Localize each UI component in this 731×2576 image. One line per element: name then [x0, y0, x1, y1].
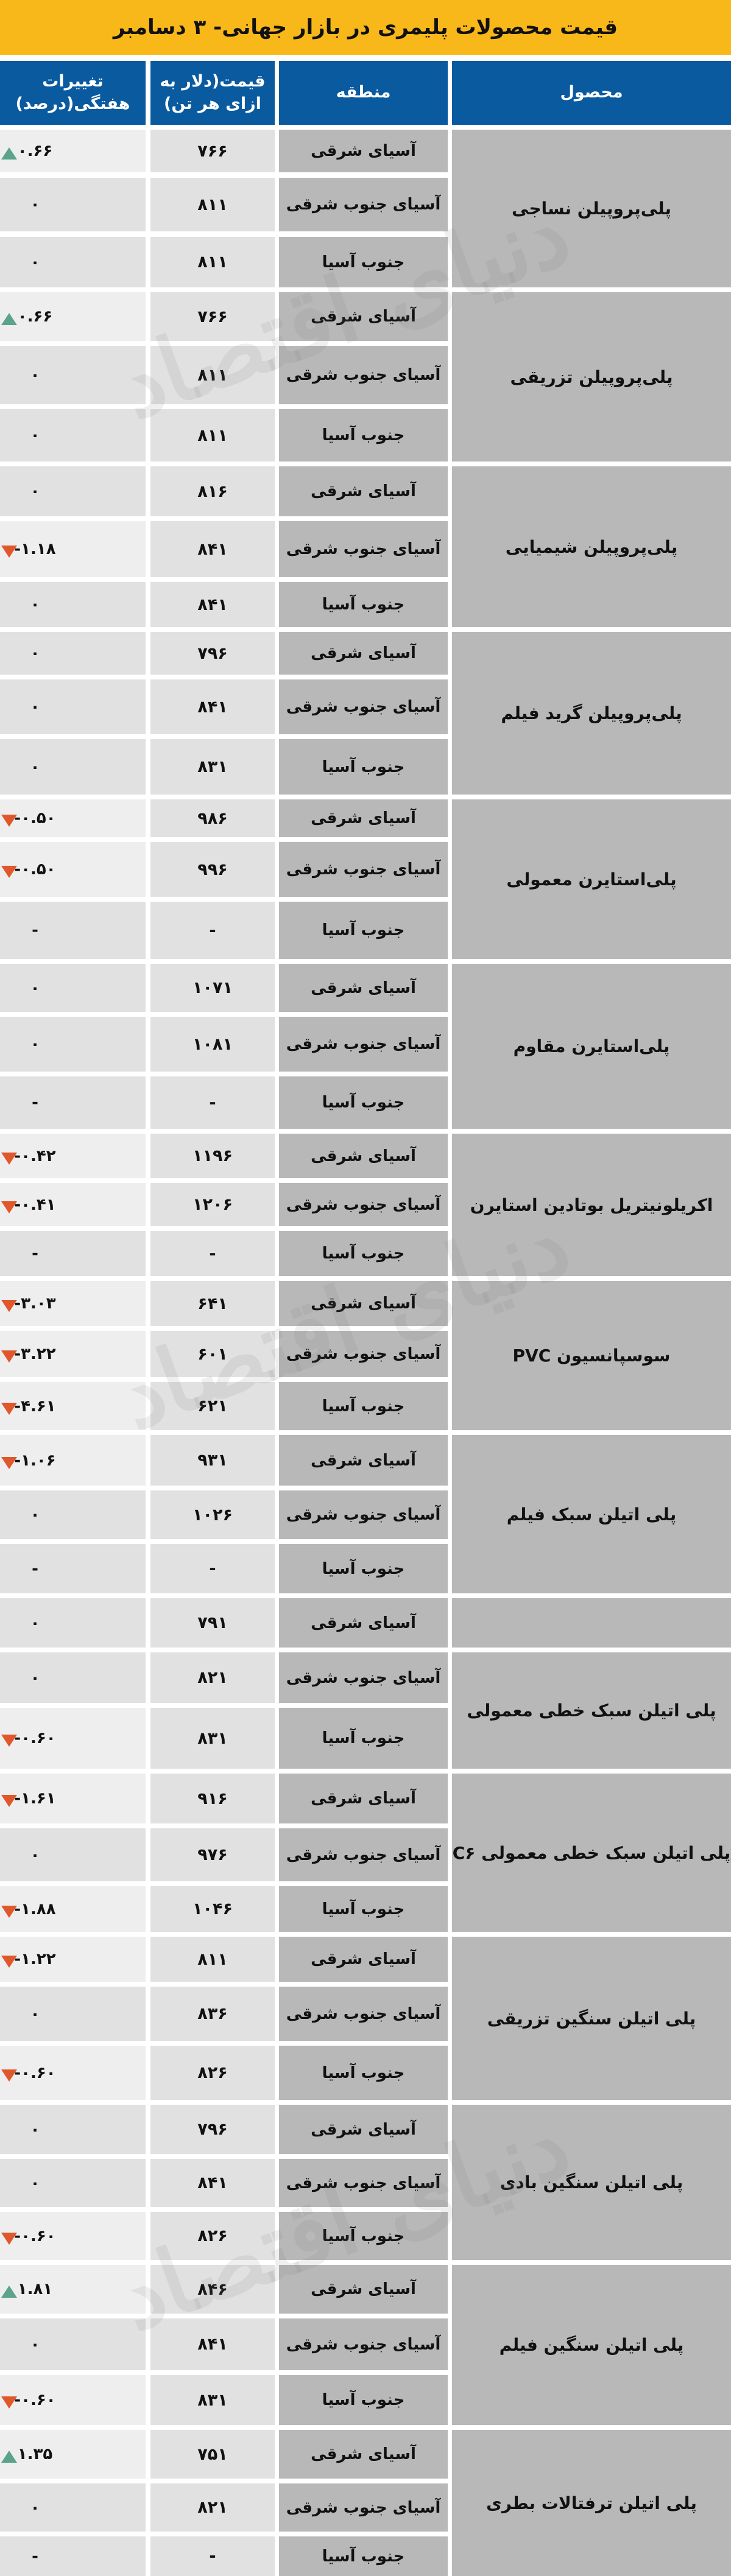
- change-value: -: [0, 2547, 70, 2566]
- region-cell: آسیای شرقی: [279, 130, 448, 172]
- product-cell: پلی اتیلن سنگین تزریقی: [452, 1937, 731, 2100]
- change-value: ۰: [0, 698, 70, 716]
- region-cell: جنوب آسیا: [279, 1544, 448, 1593]
- price-cell: ۸۴۱: [150, 2318, 275, 2370]
- triangle-down-icon: [1, 1457, 17, 1469]
- product-cell: اکریلونیتریل بوتادین استایرن: [452, 1134, 731, 1276]
- change-cell: -۰.۴۲: [0, 1134, 146, 1178]
- change-cell: -۰.۶۰: [0, 2046, 146, 2100]
- product-cell: پلی اتیلن سبک فیلم: [452, 1435, 731, 1593]
- region-cell: جنوب آسیا: [279, 1382, 448, 1430]
- price-cell: ۸۲۱: [150, 1652, 275, 1703]
- triangle-down-icon: [1, 1735, 17, 1747]
- price-cell: ۹۹۶: [150, 842, 275, 897]
- change-value: ۰: [0, 253, 70, 272]
- price-cell: ۱۰۲۶: [150, 1490, 275, 1539]
- change-cell: ۰: [0, 1490, 146, 1539]
- change-value: ۰: [0, 1669, 70, 1687]
- price-cell: ۶۲۱: [150, 1382, 275, 1430]
- change-cell: -۱.۶۱: [0, 1774, 146, 1823]
- change-cell: ۰.۶۶: [0, 292, 146, 341]
- change-cell: -: [0, 902, 146, 959]
- price-cell: ۱۲۰۶: [150, 1183, 275, 1226]
- region-cell: آسیای جنوب شرقی: [279, 346, 448, 404]
- region-cell: آسیای جنوب شرقی: [279, 2159, 448, 2207]
- region-cell: آسیای شرقی: [279, 1937, 448, 1982]
- region-cell: آسیای جنوب شرقی: [279, 1828, 448, 1881]
- price-cell: ۶۰۱: [150, 1331, 275, 1377]
- price-cell: ۸۱۶: [150, 466, 275, 516]
- region-cell: جنوب آسیا: [279, 237, 448, 287]
- change-cell: -۰.۴۱: [0, 1183, 146, 1226]
- change-value: ۰: [0, 2336, 70, 2354]
- triangle-down-icon: [1, 546, 17, 558]
- change-value: ۰: [0, 1035, 70, 1053]
- price-cell: -: [150, 1231, 275, 1276]
- product-cell: سوسپانسیون PVC: [452, 1281, 731, 1430]
- triangle-down-icon: [1, 1795, 17, 1807]
- change-value: ۰: [0, 1614, 70, 1632]
- price-cell: ۸۱۱: [150, 237, 275, 287]
- change-cell: ۰: [0, 739, 146, 795]
- price-cell: ۸۴۱: [150, 2159, 275, 2207]
- price-cell: ۸۲۶: [150, 2046, 275, 2100]
- price-cell: ۸۳۱: [150, 2375, 275, 2425]
- region-cell: آسیای جنوب شرقی: [279, 2483, 448, 2532]
- region-cell: جنوب آسیا: [279, 2375, 448, 2425]
- price-cell: ۸۴۱: [150, 679, 275, 734]
- price-cell: ۷۵۱: [150, 2430, 275, 2479]
- price-cell: ۹۱۶: [150, 1774, 275, 1823]
- change-value: -: [0, 1560, 70, 1578]
- product-cell: پلی‌استایرن مقاوم: [452, 964, 731, 1129]
- region-cell: آسیای شرقی: [279, 632, 448, 675]
- product-cell: پلی‌پروپیلن نساجی: [452, 130, 731, 287]
- product-cell: [452, 1598, 731, 1648]
- region-cell: آسیای جنوب شرقی: [279, 1987, 448, 2041]
- price-cell: ۱۰۷۱: [150, 964, 275, 1012]
- change-cell: ۰: [0, 2483, 146, 2532]
- price-cell: ۶۴۱: [150, 1281, 275, 1326]
- price-cell: ۸۴۱: [150, 582, 275, 627]
- change-cell: -۱.۰۶: [0, 1435, 146, 1486]
- price-cell: ۷۹۱: [150, 1598, 275, 1648]
- region-cell: آسیای جنوب شرقی: [279, 178, 448, 231]
- header-product: محصول: [452, 61, 731, 125]
- price-cell: ۹۷۶: [150, 1828, 275, 1881]
- change-cell: ۰: [0, 964, 146, 1012]
- price-cell: ۸۱۱: [150, 346, 275, 404]
- product-cell: پلی‌پروپیلن گرید فیلم: [452, 632, 731, 795]
- triangle-down-icon: [1, 866, 17, 878]
- change-value: ۰: [0, 595, 70, 614]
- change-value: ۰: [0, 482, 70, 500]
- change-value: ۰: [0, 195, 70, 214]
- price-cell: ۱۰۸۱: [150, 1017, 275, 1072]
- price-cell: ۸۴۱: [150, 521, 275, 577]
- change-cell: ۰: [0, 2159, 146, 2207]
- change-cell: -۴.۶۱: [0, 1382, 146, 1430]
- region-cell: جنوب آسیا: [279, 2046, 448, 2100]
- region-cell: آسیای جنوب شرقی: [279, 1183, 448, 1226]
- header-price: قیمت(دلار به ازای هر تن): [150, 61, 275, 125]
- change-value: ۰: [0, 644, 70, 662]
- change-cell: ۰: [0, 582, 146, 627]
- change-value: ۰: [0, 1846, 70, 1864]
- triangle-down-icon: [1, 2069, 17, 2082]
- header-region: منطقه: [279, 61, 448, 125]
- product-cell: پلی‌استایرن معمولی: [452, 799, 731, 959]
- triangle-down-icon: [1, 1153, 17, 1165]
- change-value: ۰: [0, 2174, 70, 2192]
- change-cell: -۳.۰۳: [0, 1281, 146, 1326]
- price-cell: ۹۳۱: [150, 1435, 275, 1486]
- triangle-down-icon: [1, 1956, 17, 1968]
- price-cell: ۷۹۶: [150, 2105, 275, 2154]
- price-cell: ۸۳۱: [150, 739, 275, 795]
- change-cell: ۰: [0, 409, 146, 462]
- product-cell: پلی اتیلن سبک خطی معمولی C۶: [452, 1774, 731, 1932]
- change-value: ۰: [0, 979, 70, 997]
- region-cell: آسیای شرقی: [279, 1134, 448, 1178]
- region-cell: آسیای جنوب شرقی: [279, 521, 448, 577]
- triangle-down-icon: [1, 1906, 17, 1918]
- change-value: ۰: [0, 758, 70, 776]
- triangle-up-icon: [1, 147, 17, 160]
- change-cell: -: [0, 1076, 146, 1129]
- change-cell: -: [0, 1231, 146, 1276]
- region-cell: آسیای شرقی: [279, 1774, 448, 1823]
- region-cell: جنوب آسیا: [279, 1708, 448, 1769]
- change-cell: -۰.۵۰: [0, 842, 146, 897]
- price-cell: -: [150, 1544, 275, 1593]
- triangle-up-icon: [1, 313, 17, 325]
- region-cell: آسیای شرقی: [279, 2265, 448, 2314]
- change-cell: ۰.۶۶: [0, 130, 146, 172]
- change-cell: -۰.۶۰: [0, 2375, 146, 2425]
- change-value: ۰: [0, 2121, 70, 2139]
- price-cell: ۱۱۹۶: [150, 1134, 275, 1178]
- price-cell: ۸۱۱: [150, 1937, 275, 1982]
- region-cell: آسیای شرقی: [279, 292, 448, 341]
- change-cell: ۰: [0, 1017, 146, 1072]
- price-cell: ۸۱۱: [150, 409, 275, 462]
- change-cell: ۰: [0, 1987, 146, 2041]
- change-cell: -۱.۸۸: [0, 1886, 146, 1932]
- title-bar: قیمت محصولات پلیمری در بازار جهانی- ۳ دس…: [0, 0, 731, 55]
- change-value: ۰: [0, 2005, 70, 2023]
- change-cell: -۰.۶۰: [0, 1708, 146, 1769]
- price-cell: ۷۹۶: [150, 632, 275, 675]
- product-cell: پلی اتیلن سبک خطی معمولی: [452, 1652, 731, 1769]
- triangle-up-icon: [1, 2451, 17, 2463]
- price-cell: ۸۱۱: [150, 178, 275, 231]
- change-value: ۰: [0, 1506, 70, 1524]
- triangle-down-icon: [1, 1403, 17, 1415]
- product-cell: پلی‌پروپیلن تزریقی: [452, 292, 731, 462]
- change-cell: ۱.۳۵: [0, 2430, 146, 2479]
- change-cell: ۱.۸۱: [0, 2265, 146, 2314]
- region-cell: جنوب آسیا: [279, 582, 448, 627]
- triangle-down-icon: [1, 1300, 17, 1312]
- region-cell: جنوب آسیا: [279, 902, 448, 959]
- change-cell: ۰: [0, 632, 146, 675]
- product-cell: پلی اتیلن سنگین فیلم: [452, 2265, 731, 2425]
- change-cell: ۰: [0, 1598, 146, 1648]
- change-cell: ۰: [0, 237, 146, 287]
- region-cell: جنوب آسیا: [279, 2212, 448, 2260]
- region-cell: جنوب آسیا: [279, 409, 448, 462]
- region-cell: آسیای جنوب شرقی: [279, 842, 448, 897]
- change-cell: ۰: [0, 1652, 146, 1703]
- price-cell: -: [150, 902, 275, 959]
- region-cell: آسیای جنوب شرقی: [279, 1331, 448, 1377]
- change-cell: -۳.۲۲: [0, 1331, 146, 1377]
- change-value: -: [0, 1244, 70, 1263]
- region-cell: آسیای شرقی: [279, 2105, 448, 2154]
- change-cell: -: [0, 1544, 146, 1593]
- price-cell: ۱۰۴۶: [150, 1886, 275, 1932]
- region-cell: آسیای شرقی: [279, 466, 448, 516]
- region-cell: جنوب آسیا: [279, 1076, 448, 1129]
- change-cell: ۰: [0, 2318, 146, 2370]
- change-cell: ۰: [0, 178, 146, 231]
- change-value: -: [0, 1093, 70, 1112]
- change-cell: -۰.۶۰: [0, 2212, 146, 2260]
- header-change: تغییرات هفتگی(درصد): [0, 61, 146, 125]
- price-cell: ۸۳۶: [150, 1987, 275, 2041]
- region-cell: آسیای جنوب شرقی: [279, 2318, 448, 2370]
- region-cell: آسیای شرقی: [279, 2430, 448, 2479]
- change-cell: ۰: [0, 1828, 146, 1881]
- price-cell: ۷۶۶: [150, 130, 275, 172]
- price-cell: ۸۳۱: [150, 1708, 275, 1769]
- region-cell: آسیای شرقی: [279, 799, 448, 837]
- change-cell: ۰: [0, 2105, 146, 2154]
- price-cell: ۷۶۶: [150, 292, 275, 341]
- price-cell: ۸۲۱: [150, 2483, 275, 2532]
- region-cell: آسیای شرقی: [279, 1435, 448, 1486]
- region-cell: آسیای جنوب شرقی: [279, 1017, 448, 1072]
- region-cell: آسیای شرقی: [279, 964, 448, 1012]
- triangle-down-icon: [1, 1350, 17, 1363]
- triangle-up-icon: [1, 2286, 17, 2298]
- triangle-down-icon: [1, 2233, 17, 2245]
- region-cell: جنوب آسیا: [279, 1886, 448, 1932]
- price-cell: -: [150, 2536, 275, 2576]
- change-value: ۰: [0, 2499, 70, 2517]
- change-value: ۰: [0, 366, 70, 384]
- region-cell: آسیای جنوب شرقی: [279, 1490, 448, 1539]
- change-cell: -: [0, 2536, 146, 2576]
- price-cell: ۸۴۶: [150, 2265, 275, 2314]
- product-cell: پلی اتیلن ترفتالات بطری: [452, 2430, 731, 2576]
- change-cell: ۰: [0, 346, 146, 404]
- page-title: قیمت محصولات پلیمری در بازار جهانی- ۳ دس…: [113, 15, 618, 40]
- product-cell: پلی اتیلن سنگین بادی: [452, 2105, 731, 2260]
- change-value: ۰: [0, 426, 70, 444]
- region-cell: آسیای شرقی: [279, 1281, 448, 1326]
- triangle-down-icon: [1, 1201, 17, 1213]
- region-cell: جنوب آسیا: [279, 739, 448, 795]
- price-cell: ۹۸۶: [150, 799, 275, 837]
- region-cell: آسیای جنوب شرقی: [279, 1652, 448, 1703]
- change-cell: -۱.۲۲: [0, 1937, 146, 1982]
- change-cell: ۰: [0, 466, 146, 516]
- change-cell: -۰.۵۰: [0, 799, 146, 837]
- change-cell: -۱.۱۸: [0, 521, 146, 577]
- region-cell: جنوب آسیا: [279, 1231, 448, 1276]
- triangle-down-icon: [1, 815, 17, 827]
- region-cell: آسیای شرقی: [279, 1598, 448, 1648]
- price-cell: -: [150, 1076, 275, 1129]
- triangle-down-icon: [1, 2396, 17, 2409]
- change-cell: ۰: [0, 679, 146, 734]
- region-cell: جنوب آسیا: [279, 2536, 448, 2576]
- product-cell: پلی‌پروپیلن شیمیایی: [452, 466, 731, 627]
- region-cell: آسیای جنوب شرقی: [279, 679, 448, 734]
- price-cell: ۸۲۶: [150, 2212, 275, 2260]
- change-value: -: [0, 921, 70, 939]
